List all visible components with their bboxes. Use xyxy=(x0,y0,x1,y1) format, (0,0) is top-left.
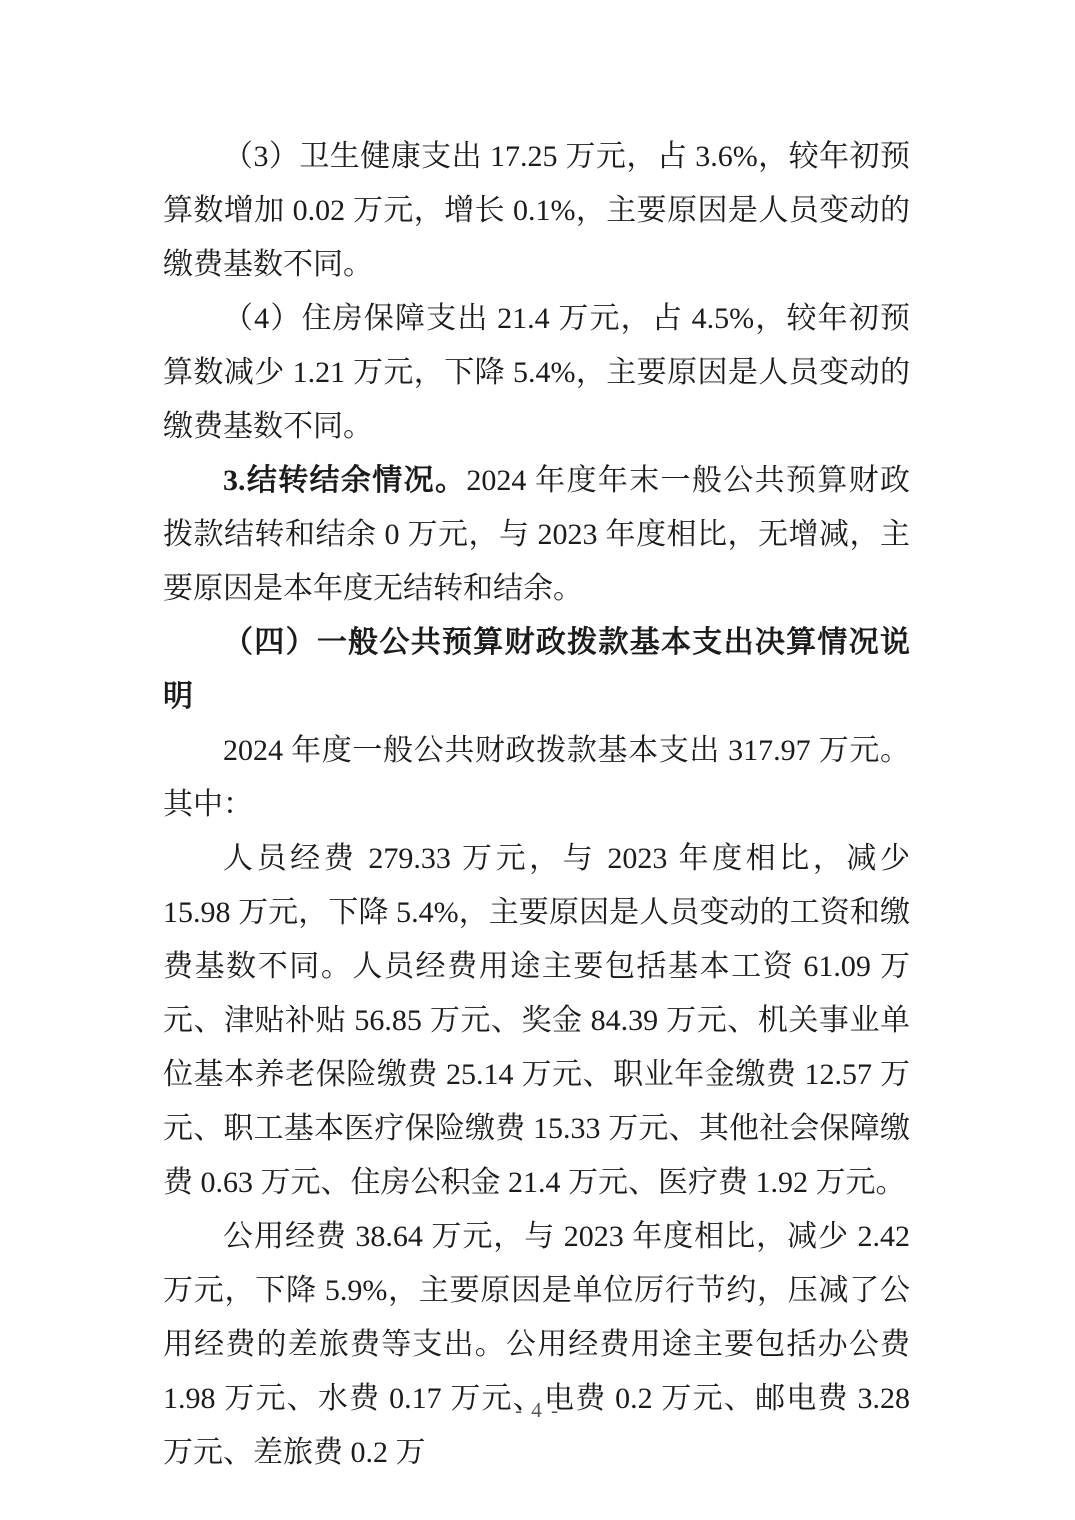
page-number: - 4 - xyxy=(0,1398,1075,1423)
paragraph-personnel-expense: 人员经费 279.33 万元，与 2023 年度相比，减少 15.98 万元，下… xyxy=(163,832,910,1210)
document-page: （3）卫生健康支出 17.25 万元，占 3.6%，较年初预算数增加 0.02 … xyxy=(0,0,1075,1520)
paragraph-public-expense: 公用经费 38.64 万元，与 2023 年度相比，减少 2.42 万元，下降 … xyxy=(163,1210,910,1480)
carryover-balance-lead: 3.结转结余情况。 xyxy=(223,464,466,497)
paragraph-carryover-balance: 3.结转结余情况。2024 年度年末一般公共预算财政拨款结转和结余 0 万元，与… xyxy=(163,454,910,616)
document-body: （3）卫生健康支出 17.25 万元，占 3.6%，较年初预算数增加 0.02 … xyxy=(163,130,910,1480)
paragraph-health-expenditure: （3）卫生健康支出 17.25 万元，占 3.6%，较年初预算数增加 0.02 … xyxy=(163,130,910,292)
paragraph-housing-expenditure: （4）住房保障支出 21.4 万元，占 4.5%，较年初预算数减少 1.21 万… xyxy=(163,292,910,454)
paragraph-basic-expenditure-total: 2024 年度一般公共财政拨款基本支出 317.97 万元。其中： xyxy=(163,724,910,832)
section-heading-basic-expenditure: （四）一般公共预算财政拨款基本支出决算情况说明 xyxy=(163,616,910,724)
